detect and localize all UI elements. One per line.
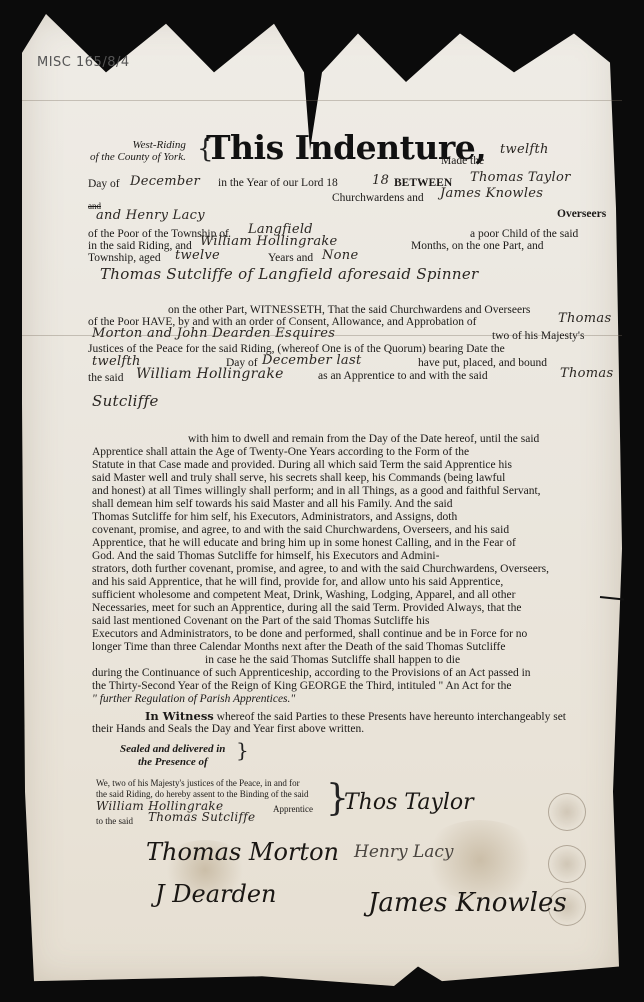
apprentice-to-label: as an Apprentice to and with the said xyxy=(318,370,488,383)
handwritten-justices: Morton and John Dearden Esquires xyxy=(92,326,335,341)
bound-label: have put, placed, and bound xyxy=(418,357,547,370)
assent-line-1: We, two of his Majesty's justices of the… xyxy=(96,778,300,789)
made-the-label: Made the xyxy=(441,155,484,168)
handwritten-master-last: Sutcliffe xyxy=(92,392,159,410)
body-line: Apprentice, that he will educate and bri… xyxy=(92,537,516,550)
wax-seal-mark xyxy=(548,845,586,883)
handwritten-assent-master: Thomas Sutcliffe xyxy=(148,810,255,824)
body-line: said last mentioned Covenant on the Part… xyxy=(92,615,430,628)
body-line: shall demean him self towards his said M… xyxy=(92,498,453,511)
body-line: Statute in that Case made and provided. … xyxy=(92,459,512,472)
body-line: the Thirty-Second Year of the Reign of K… xyxy=(92,680,512,693)
body-line: covenant, promise, and agree, to and wit… xyxy=(92,524,509,537)
riding-label: West-Riding of the County of York. xyxy=(90,139,186,163)
archive-reference: MISC 165/8/4 xyxy=(37,55,130,70)
the-said-label: the said xyxy=(88,372,123,385)
aged-label: Township, aged xyxy=(88,252,161,265)
fold-line xyxy=(22,100,622,101)
months-one-part-label: Months, on the one Part, and xyxy=(411,240,544,253)
sealed-line-1: Sealed and delivered in xyxy=(120,743,225,756)
body-line: God. And the said Thomas Sutcliffe for h… xyxy=(92,550,439,563)
body-line: strators, doth further covenant, promise… xyxy=(92,563,549,576)
years-and-label: Years and xyxy=(268,252,313,265)
handwritten-master-line: Thomas Sutcliffe of Langfield aforesaid … xyxy=(100,265,478,283)
apprentice-label: Apprentice xyxy=(273,804,313,815)
body-line: Thomas Sutcliffe for him self, his Execu… xyxy=(92,511,457,524)
handwritten-justice1-first: Thomas xyxy=(558,311,611,326)
witness-line-2: their Hands and Seals the Day and Year f… xyxy=(92,723,364,736)
body-line: Necessaries, meet for such an Apprentice… xyxy=(92,602,521,615)
body-line: in case he the said Thomas Sutcliffe sha… xyxy=(205,654,460,667)
witness-text: whereof the said Parties to these Presen… xyxy=(217,711,566,723)
handwritten-apprentice: William Hollingrake xyxy=(200,234,338,249)
body-line: sufficient wholesome and competent Meat,… xyxy=(92,589,515,602)
body-line: Executors and Administrators, to be done… xyxy=(92,628,527,641)
signature-overseer-1: James Knowles xyxy=(368,888,567,918)
handwritten-month: December xyxy=(130,174,200,189)
to-the-said-label: to the said xyxy=(96,816,133,827)
overseers-label: Overseers xyxy=(557,208,606,221)
signature-justice-2: J Dearden xyxy=(155,880,277,908)
handwritten-overseer1: James Knowles xyxy=(440,186,543,201)
handwritten-age-months: None xyxy=(322,248,358,263)
body-line: during the Continuance of such Apprentic… xyxy=(92,667,531,680)
handwritten-overseer2: and Henry Lacy xyxy=(96,208,205,223)
sealed-line-2: the Presence of xyxy=(138,756,208,769)
churchwardens-and-label: Churchwardens and xyxy=(332,192,424,205)
body-line: longer Time than three Calendar Months n… xyxy=(92,641,505,654)
body-line: with him to dwell and remain from the Da… xyxy=(188,433,539,446)
body-line: and honest) at all Times willingly shall… xyxy=(92,485,541,498)
handwritten-apprentice-2: William Hollingrake xyxy=(136,366,284,382)
signature-churchwarden: Thos Taylor xyxy=(344,790,474,815)
handwritten-day: twelfth xyxy=(500,142,549,157)
in-witness-line: In Witness whereof the said Parties to t… xyxy=(145,710,566,724)
handwritten-churchwarden: Thomas Taylor xyxy=(470,170,571,185)
year-phrase: in the Year of our Lord 18 xyxy=(218,177,338,190)
handwritten-age-years: twelve xyxy=(175,248,220,263)
handwritten-date-day: twelfth xyxy=(92,354,141,369)
day-of-label: Day of xyxy=(88,178,120,191)
wax-seal-mark xyxy=(548,793,586,831)
handwritten-year: 18 xyxy=(372,173,389,188)
in-witness-lead: In Witness xyxy=(145,709,214,723)
body-line: Apprentice shall attain the Age of Twent… xyxy=(92,446,469,459)
signature-justice-1: Thomas Morton xyxy=(146,838,339,866)
signature-overseer-2: Henry Lacy xyxy=(354,842,454,862)
body-line: said Master well and truly shall serve, … xyxy=(92,472,505,485)
handwritten-master-first: Thomas xyxy=(560,366,613,381)
brace: } xyxy=(236,738,249,762)
majesty-label: two of his Majesty's xyxy=(492,330,584,343)
body-line: and his said Apprentice, that he will fi… xyxy=(92,576,503,589)
body-line: " further Regulation of Parish Apprentic… xyxy=(92,693,295,706)
